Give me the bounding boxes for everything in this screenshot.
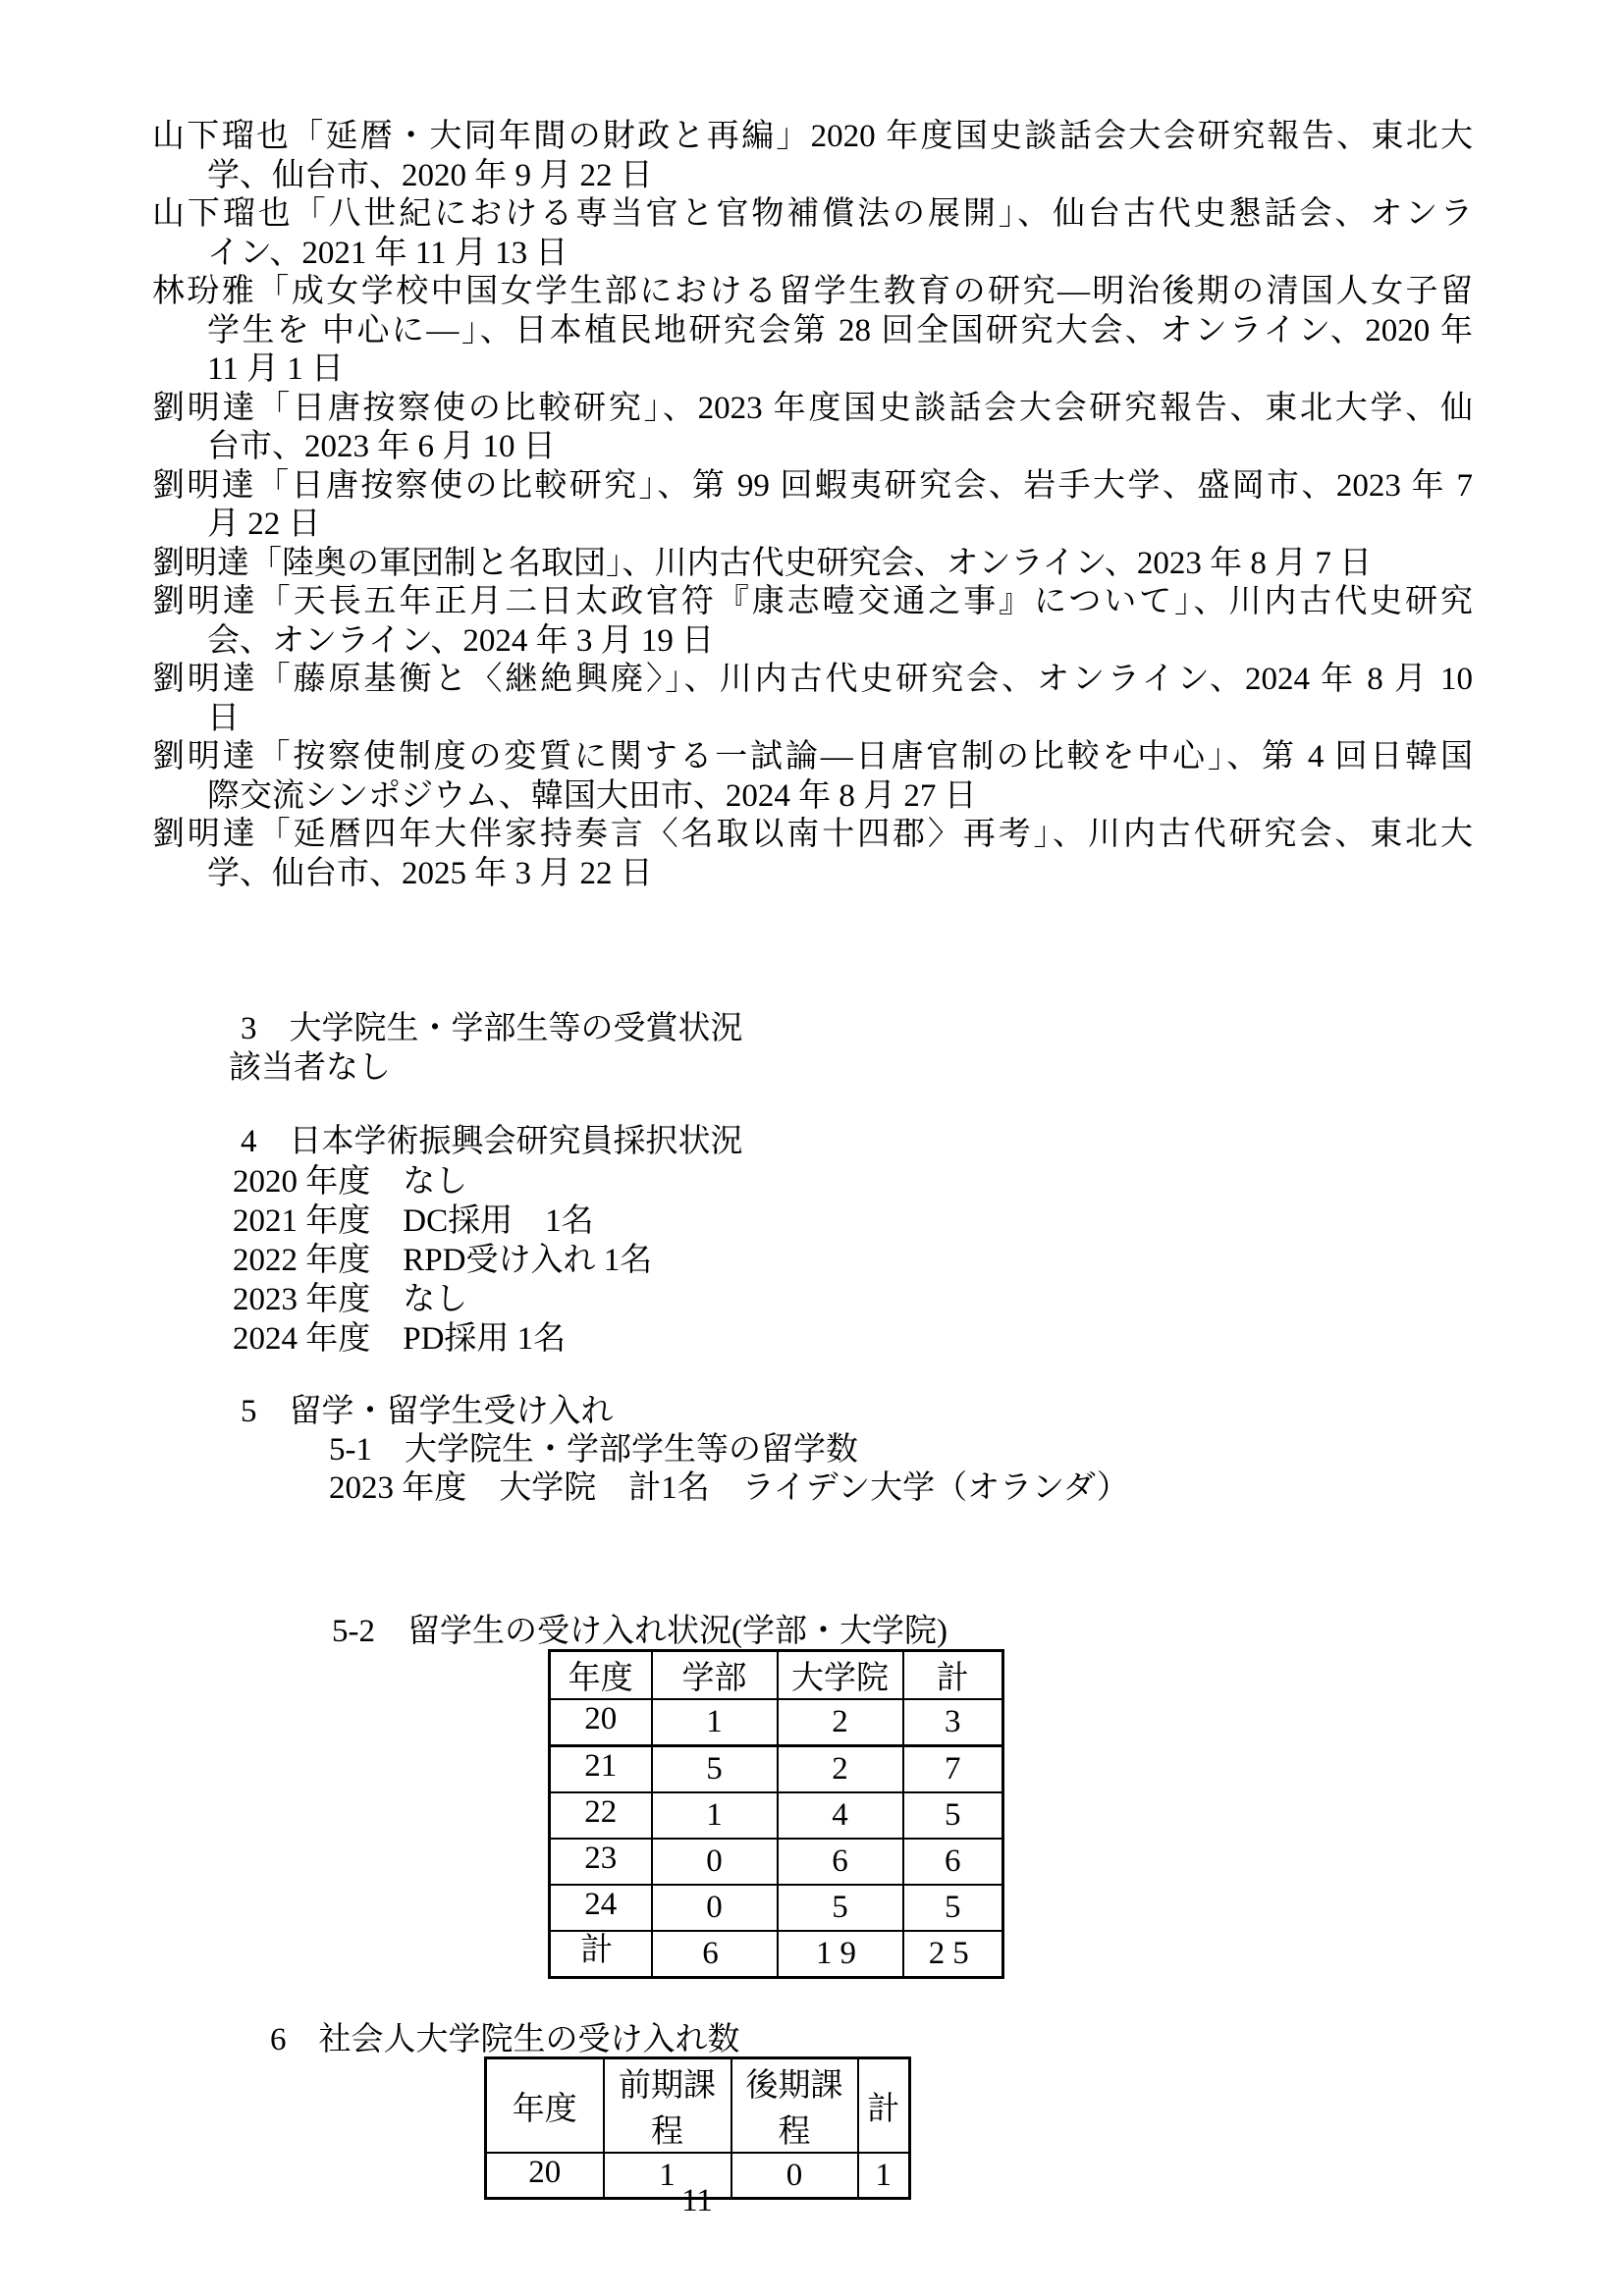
table-header-row: 年度前期課程後期課程計: [486, 2058, 910, 2154]
document-page: 山下瑠也「延暦・大同年間の財政と再編」2020 年度国史談話会大会研究報告、東北…: [0, 0, 1624, 2296]
column-header: 年度: [486, 2058, 604, 2154]
table-cell: 23: [550, 1839, 652, 1885]
section-4-title: 4 日本学術振興会研究員採択状況: [241, 1122, 743, 1161]
table-cell: 計: [550, 1931, 652, 1978]
publication-line: 劉明達「天長五年正月二日太政官符『康志曀交通之事』について」、川内古代史研究: [152, 583, 1473, 622]
section-3-body: 該当者なし: [229, 1048, 391, 1088]
table-cell: 21: [550, 1746, 652, 1793]
table-cell: 22: [550, 1792, 652, 1839]
table-cell: 1: [858, 2153, 910, 2199]
table-cell: 25: [903, 1931, 1003, 1978]
table-cell: 20: [486, 2153, 604, 2199]
table-cell: 5: [652, 1746, 778, 1793]
section-6-title: 6 社会人大学院生の受け入れ数: [270, 2020, 740, 2059]
publication-entry: 山下瑠也「八世紀における専当官と官物補償法の展開」、仙台古代史懇話会、オンライン…: [152, 195, 1473, 273]
publication-line: 学、仙台市、2020 年 9 月 22 日: [207, 157, 1473, 196]
table-cell: 4: [778, 1792, 903, 1839]
publication-line: 月 22 日: [207, 506, 1473, 545]
column-header: 前期課程: [604, 2058, 731, 2154]
data-table: 年度学部大学院計2012321527221452306624055計61925: [548, 1649, 1004, 1979]
table-row: 計61925: [550, 1931, 1003, 1978]
publication-line: 劉明達「陸奥の軍団制と名取団」、川内古代史研究会、オンライン、2023 年 8 …: [152, 545, 1473, 584]
table-cell: 6: [652, 1931, 778, 1978]
table-cell: 19: [778, 1931, 903, 1978]
section-5-1-title: 5-1 大学院生・学部学生等の留学数: [329, 1430, 858, 1469]
publication-line: 劉明達「延暦四年大伴家持奏言〈名取以南十四郡〉再考」、川内古代研究会、東北大: [152, 816, 1473, 855]
table-cell: 3: [903, 1699, 1003, 1746]
publication-line: 会、オンライン、2024 年 3 月 19 日: [207, 622, 1473, 662]
jsps-year-line: 2024 年度 PD採用 1名: [233, 1319, 652, 1359]
publication-line: 際交流シンポジウム、韓国大田市、2024 年 8 月 27 日: [207, 777, 1473, 817]
publication-entry: 劉明達「日唐按察使の比較研究」、2023 年度国史談話会大会研究報告、東北大学、…: [152, 390, 1473, 467]
publication-line: 日: [207, 700, 1473, 739]
section-5-title: 5 留学・留学生受け入れ: [241, 1392, 614, 1431]
publication-line: 山下瑠也「八世紀における専当官と官物補償法の展開」、仙台古代史懇話会、オンラ: [152, 195, 1473, 235]
table-row: 23066: [550, 1839, 1003, 1885]
table-cell: 5: [903, 1885, 1003, 1931]
jsps-year-line: 2020 年度 なし: [233, 1162, 652, 1201]
publication-entry: 劉明達「按察使制度の変質に関する一試論―日唐官制の比較を中心」、第 4 回日韓国…: [152, 738, 1473, 816]
data-table: 年度前期課程後期課程計20101: [484, 2056, 911, 2200]
table-cell: 2: [778, 1746, 903, 1793]
table-header-row: 年度学部大学院計: [550, 1651, 1003, 1700]
table-row: 20123: [550, 1699, 1003, 1746]
table-cell: 2: [778, 1699, 903, 1746]
jsps-year-line: 2023 年度 なし: [233, 1280, 652, 1319]
section-5-2-title: 5-2 留学生の受け入れ状況(学部・大学院): [332, 1612, 947, 1651]
publication-line: 劉明達「日唐按察使の比較研究」、第 99 回蝦夷研究会、岩手大学、盛岡市、202…: [152, 467, 1473, 507]
table-cell: 7: [903, 1746, 1003, 1793]
table-cell: 0: [652, 1839, 778, 1885]
foreign-student-acceptance-table: 年度学部大学院計2012321527221452306624055計61925: [548, 1649, 1004, 1979]
column-header: 学部: [652, 1651, 778, 1700]
publication-line: 劉明達「按察使制度の変質に関する一試論―日唐官制の比較を中心」、第 4 回日韓国: [152, 738, 1473, 777]
jsps-year-line: 2022 年度 RPD受け入れ 1名: [233, 1241, 652, 1280]
table-cell: 6: [778, 1839, 903, 1885]
publication-entry: 劉明達「陸奥の軍団制と名取団」、川内古代史研究会、オンライン、2023 年 8 …: [152, 545, 1473, 584]
jsps-year-line: 2021 年度 DC採用 1名: [233, 1201, 652, 1241]
table-cell: 1: [652, 1699, 778, 1746]
table-cell: 6: [903, 1839, 1003, 1885]
publication-entry: 劉明達「藤原基衡と〈継絶興廃〉」、川内古代史研究会、オンライン、2024 年 8…: [152, 661, 1473, 738]
column-header: 後期課程: [731, 2058, 858, 2154]
page-number: 11: [628, 2182, 766, 2219]
working-adult-graduate-table: 年度前期課程後期課程計20101: [484, 2056, 911, 2200]
column-header: 年度: [550, 1651, 652, 1700]
column-header: 大学院: [778, 1651, 903, 1700]
publication-entry: 劉明達「天長五年正月二日太政官符『康志曀交通之事』について」、川内古代史研究会、…: [152, 583, 1473, 661]
column-header: 計: [903, 1651, 1003, 1700]
table-cell: 20: [550, 1699, 652, 1746]
table-cell: 5: [778, 1885, 903, 1931]
table-cell: 24: [550, 1885, 652, 1931]
column-header: 計: [858, 2058, 910, 2154]
publication-entry: 劉明達「日唐按察使の比較研究」、第 99 回蝦夷研究会、岩手大学、盛岡市、202…: [152, 467, 1473, 545]
publication-line: 劉明達「藤原基衡と〈継絶興廃〉」、川内古代史研究会、オンライン、2024 年 8…: [152, 661, 1473, 700]
publication-entry: 林玢雅「成女学校中国女学生部における留学生教育の研究―明治後期の清国人女子留学生…: [152, 273, 1473, 390]
jsps-fellowship-list: 2020 年度 なし2021 年度 DC採用 1名2022 年度 RPD受け入れ…: [233, 1162, 652, 1359]
publication-line: 台市、2023 年 6 月 10 日: [207, 428, 1473, 467]
publication-line: 11 月 1 日: [207, 350, 1473, 390]
publication-line: 劉明達「日唐按察使の比較研究」、2023 年度国史談話会大会研究報告、東北大学、…: [152, 390, 1473, 429]
publication-line: 林玢雅「成女学校中国女学生部における留学生教育の研究―明治後期の清国人女子留: [152, 273, 1473, 312]
publication-list: 山下瑠也「延暦・大同年間の財政と再編」2020 年度国史談話会大会研究報告、東北…: [152, 118, 1473, 893]
table-row: 21527: [550, 1746, 1003, 1793]
publication-entry: 劉明達「延暦四年大伴家持奏言〈名取以南十四郡〉再考」、川内古代研究会、東北大学、…: [152, 816, 1473, 893]
table-cell: 0: [652, 1885, 778, 1931]
publication-entry: 山下瑠也「延暦・大同年間の財政と再編」2020 年度国史談話会大会研究報告、東北…: [152, 118, 1473, 195]
publication-line: 学、仙台市、2025 年 3 月 22 日: [207, 855, 1473, 894]
section-3-title: 3 大学院生・学部生等の受賞状況: [241, 1009, 743, 1048]
publication-line: 山下瑠也「延暦・大同年間の財政と再編」2020 年度国史談話会大会研究報告、東北…: [152, 118, 1473, 157]
publication-line: イン、2021 年 11 月 13 日: [207, 235, 1473, 274]
table-cell: 5: [903, 1792, 1003, 1839]
table-row: 22145: [550, 1792, 1003, 1839]
table-row: 24055: [550, 1885, 1003, 1931]
table-cell: 1: [652, 1792, 778, 1839]
publication-line: 学生を 中心に―」、日本植民地研究会第 28 回全国研究大会、オンライン、202…: [207, 312, 1473, 351]
section-5-1-body: 2023 年度 大学院 計1名 ライデン大学（オランダ）: [329, 1468, 1129, 1508]
